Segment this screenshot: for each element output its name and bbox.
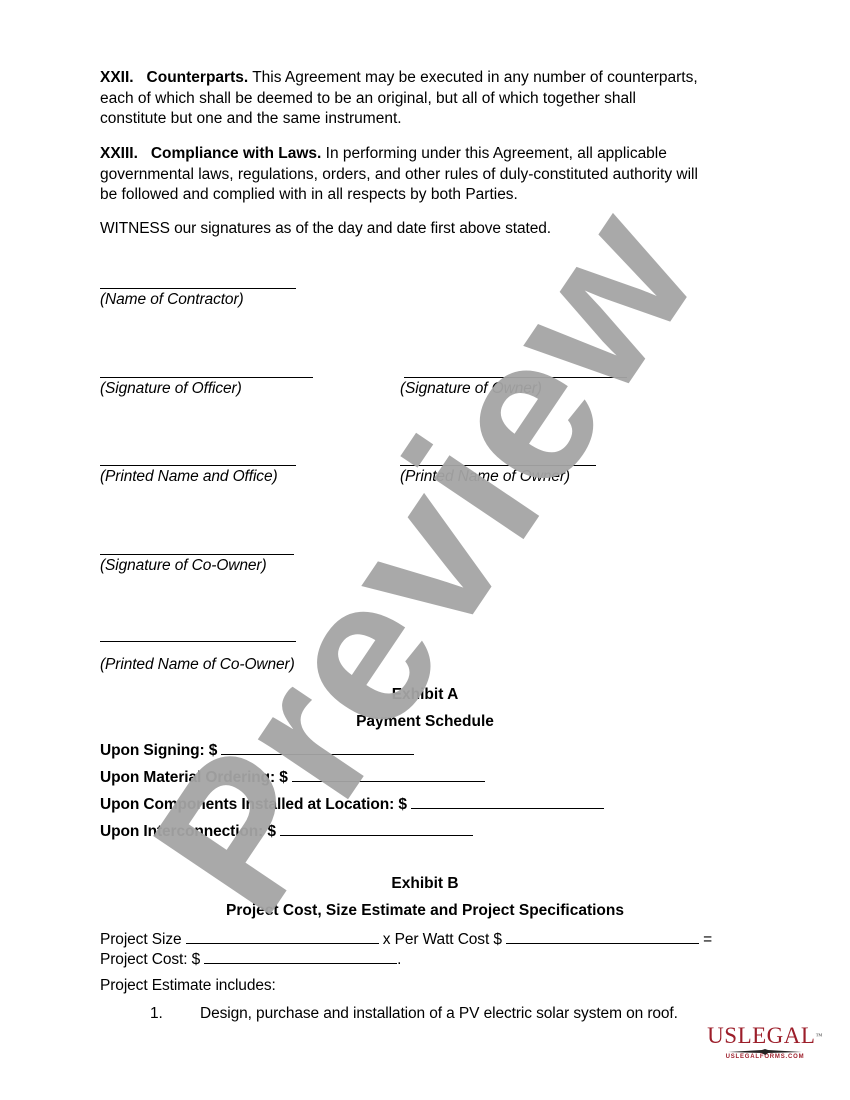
per-watt-blank[interactable] [506, 929, 699, 944]
exhibit-b-subtitle: Project Cost, Size Estimate and Project … [0, 902, 850, 920]
coowner-printed-line [100, 641, 296, 642]
payment-label: Upon Components Installed at Location: $ [100, 796, 407, 813]
project-cost-blank[interactable] [204, 949, 397, 964]
payment-amount-blank[interactable] [280, 821, 473, 836]
document-page: XXII. Counterparts. This Agreement may b… [0, 0, 850, 1100]
owner-printed-line [400, 465, 596, 466]
payment-item-components: Upon Components Installed at Location: $ [100, 794, 604, 816]
payment-amount-blank[interactable] [221, 740, 414, 755]
logo-name: USLEGAL [707, 1023, 815, 1048]
section-text: be followed and complied with in all res… [100, 185, 750, 206]
equals-sign: = [703, 931, 712, 948]
payment-label: Upon Interconnection: $ [100, 823, 276, 840]
payment-item-signing: Upon Signing: $ [100, 740, 414, 762]
eagle-wing-icon [728, 1049, 802, 1055]
officer-signature-label: (Signature of Officer) [100, 379, 242, 400]
section-number: XXIII. [100, 145, 138, 162]
section-compliance: XXIII. Compliance with Laws. In performi… [100, 144, 750, 206]
section-counterparts: XXII. Counterparts. This Agreement may b… [100, 68, 750, 130]
payment-amount-blank[interactable] [411, 794, 604, 809]
owner-printed-label: (Printed Name of Owner) [400, 467, 570, 488]
period: . [397, 951, 401, 968]
owner-signature-label: (Signature of Owner) [400, 379, 542, 400]
list-item-number: 1. [150, 1004, 163, 1025]
coowner-signature-line [100, 554, 294, 555]
section-title: Counterparts. [147, 69, 249, 86]
exhibit-a-subtitle: Payment Schedule [0, 713, 850, 731]
coowner-signature-label: (Signature of Co-Owner) [100, 556, 267, 577]
section-text: each of which shall be deemed to be an o… [100, 89, 750, 110]
payment-label: Upon Signing: $ [100, 742, 217, 759]
logo-trademark: ™ [815, 1032, 822, 1040]
project-estimate-includes: Project Estimate includes: [100, 976, 276, 997]
section-text: constitute but one and the same instrume… [100, 109, 750, 130]
payment-item-interconnection: Upon Interconnection: $ [100, 821, 473, 843]
project-size-blank[interactable] [186, 929, 379, 944]
list-item-text: Design, purchase and installation of a P… [200, 1004, 678, 1025]
payment-amount-blank[interactable] [292, 767, 485, 782]
section-text: In performing under this Agreement, all … [326, 145, 667, 162]
exhibit-a-title: Exhibit A [0, 686, 850, 704]
project-size-row: Project Size x Per Watt Cost $ = [100, 929, 712, 951]
officer-printed-label: (Printed Name and Office) [100, 467, 278, 488]
exhibit-b-title: Exhibit B [0, 875, 850, 893]
project-cost-label: Project Cost: $ [100, 951, 200, 968]
officer-signature-line [100, 377, 313, 378]
contractor-name-line [100, 288, 296, 289]
section-text: This Agreement may be executed in any nu… [252, 69, 697, 86]
section-title: Compliance with Laws. [151, 145, 322, 162]
project-size-label: Project Size [100, 931, 182, 948]
section-text: governmental laws, regulations, orders, … [100, 165, 750, 186]
payment-item-material: Upon Material Ordering: $ [100, 767, 485, 789]
per-watt-label: x Per Watt Cost $ [383, 931, 502, 948]
coowner-printed-label: (Printed Name of Co-Owner) [100, 655, 295, 676]
section-number: XXII. [100, 69, 134, 86]
project-cost-row: Project Cost: $. [100, 949, 401, 971]
payment-label: Upon Material Ordering: $ [100, 769, 288, 786]
witness-statement: WITNESS our signatures as of the day and… [100, 219, 551, 240]
owner-signature-line [404, 377, 627, 378]
uslegal-logo[interactable]: USLEGAL™ USLEGALFORMS.COM [706, 1024, 824, 1068]
contractor-name-label: (Name of Contractor) [100, 290, 244, 311]
officer-printed-line [100, 465, 296, 466]
